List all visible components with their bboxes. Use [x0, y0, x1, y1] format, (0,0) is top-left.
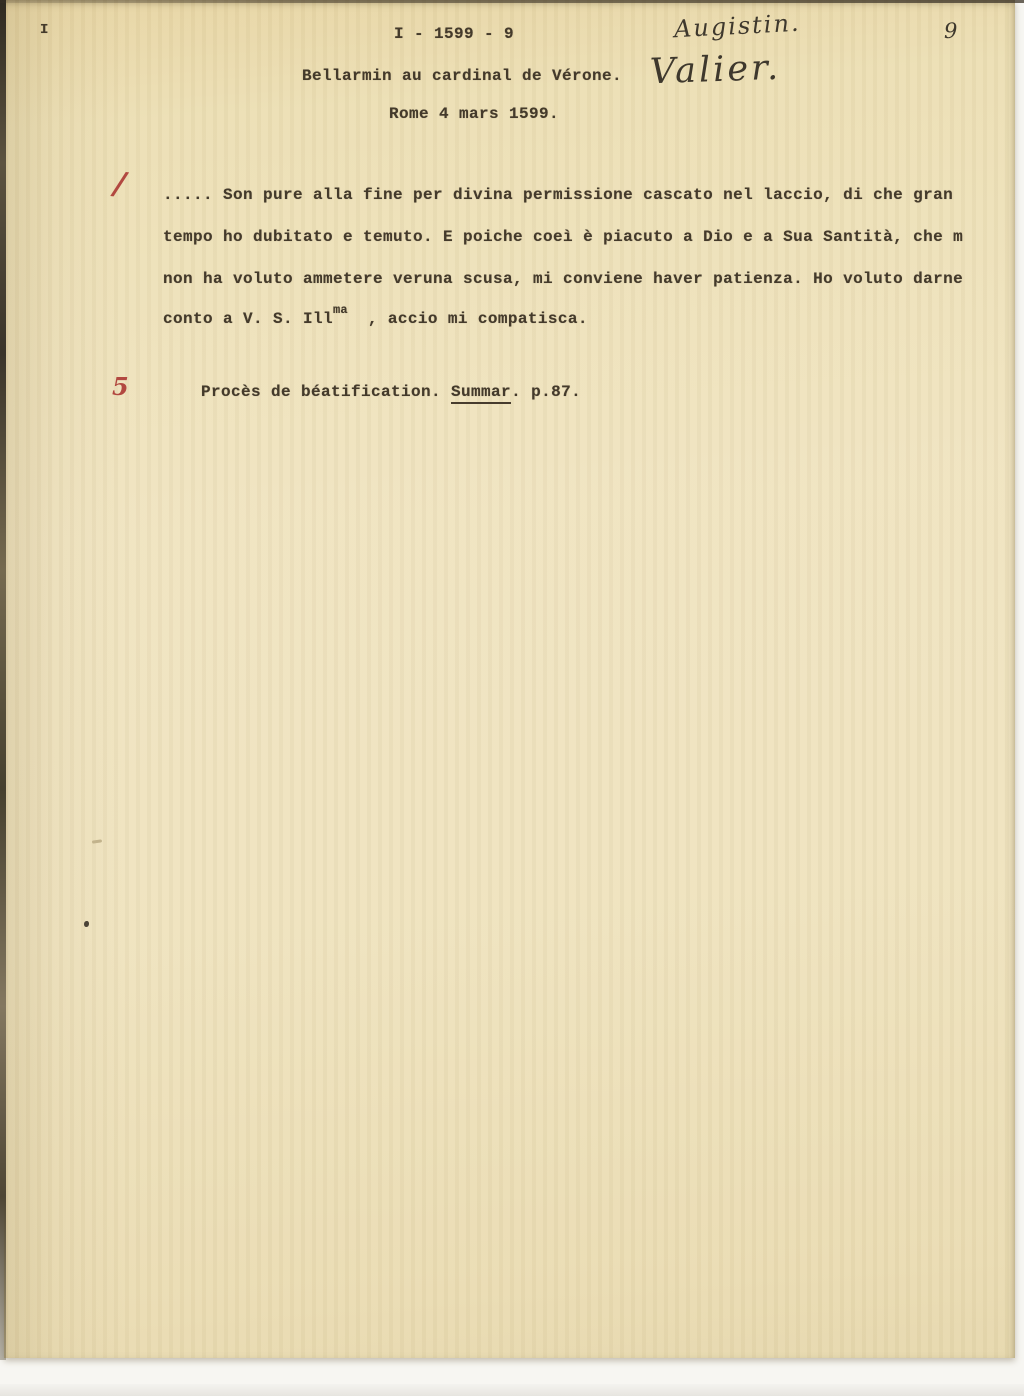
- body-line-4-continuation: , accio mi compatisca.: [348, 310, 588, 328]
- body-line-4-text: conto a V. S. Ill: [163, 310, 333, 328]
- dateline: Rome 4 mars 1599.: [389, 105, 559, 123]
- body-line-3: non ha voluto ammetere veruna scusa, mi …: [163, 270, 963, 288]
- paper-speck: [84, 921, 89, 927]
- citation-underlined-word: Summar: [451, 383, 511, 404]
- letter-title: Bellarmin au cardinal de Vérone.: [302, 67, 622, 85]
- scan-top-edge: [0, 0, 1024, 3]
- citation-page-ref: . p.87.: [511, 383, 581, 401]
- handwritten-annotation-valier: Valier.: [649, 48, 781, 93]
- citation-text: Procès de béatification.: [201, 383, 451, 401]
- body-line-4: conto a V. S. Illma , accio mi compatisc…: [163, 310, 588, 328]
- torn-left-edge: [0, 0, 6, 1360]
- body-line-1: ..... Son pure alla fine per divina perm…: [163, 186, 953, 204]
- corner-mark: I: [40, 22, 49, 38]
- page-number: 9: [944, 19, 957, 43]
- source-citation: Procès de béatification. Summar. p.87.: [201, 383, 581, 401]
- scanned-document-page: { "page": { "corner_mark": "I", "page_nu…: [0, 0, 1024, 1396]
- body-line-4-superscript: ma: [333, 303, 348, 317]
- red-margin-number-mark: 5: [112, 372, 129, 401]
- scanner-bed-strip: [0, 1384, 1024, 1396]
- header-reference: I - 1599 - 9: [394, 25, 514, 43]
- body-line-2: tempo ho dubitato e temuto. E poiche coe…: [163, 228, 963, 246]
